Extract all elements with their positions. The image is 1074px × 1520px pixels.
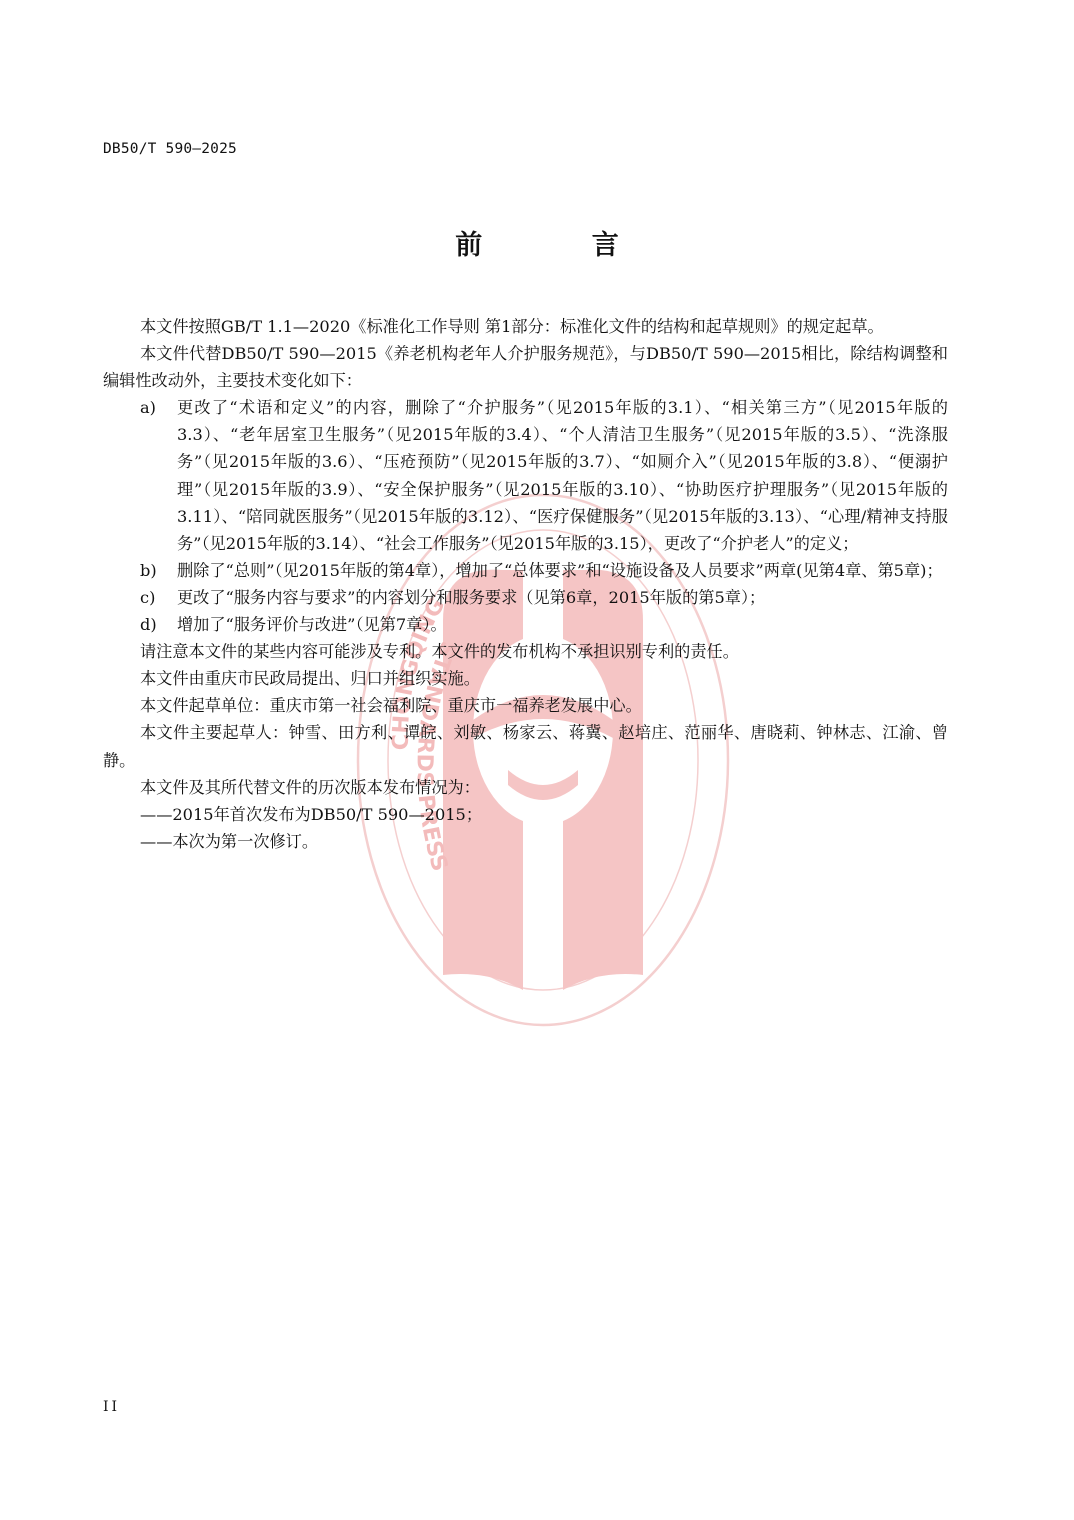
standard-code: DB50/T 590—2025: [103, 141, 237, 157]
drafters: 本文件主要起草人：钟雪、田方利、谭皖、刘敏、杨家云、蒋冀、赵培庄、范丽华、唐晓莉…: [103, 719, 948, 773]
change-item-c: c) 更改了“服务内容与要求”的内容划分和服务要求（见第6章，2015年版的第5…: [103, 584, 948, 611]
list-text: 增加了“服务评价与改进”（见第7章）。: [177, 611, 948, 638]
history-entry: ——2015年首次发布为DB50/T 590—2015；: [103, 801, 948, 828]
page-number: II: [103, 1399, 120, 1415]
list-text: 更改了“服务内容与要求”的内容划分和服务要求（见第6章，2015年版的第5章）；: [177, 584, 948, 611]
list-label: a): [103, 394, 177, 557]
change-item-b: b) 删除了“总则”（见2015年版的第4章），增加了“总体要求”和“设施设备及…: [103, 557, 948, 584]
list-label: b): [103, 557, 177, 584]
proposer-notice: 本文件由重庆市民政局提出、归口并组织实施。: [103, 665, 948, 692]
page-title: 前 言: [0, 223, 1074, 262]
change-item-d: d) 增加了“服务评价与改进”（见第7章）。: [103, 611, 948, 638]
list-text: 删除了“总则”（见2015年版的第4章），增加了“总体要求”和“设施设备及人员要…: [177, 557, 948, 584]
preface-body: 本文件按照GB/T 1.1—2020《标准化工作导则 第1部分：标准化文件的结构…: [103, 313, 948, 855]
history-entry: ——本次为第一次修订。: [103, 828, 948, 855]
drafting-units: 本文件起草单位：重庆市第一社会福利院、重庆市一福养老发展中心。: [103, 692, 948, 719]
replacement-paragraph: 本文件代替DB50/T 590—2015《养老机构老年人介护服务规范》，与DB5…: [103, 340, 948, 394]
patent-notice: 请注意本文件的某些内容可能涉及专利。本文件的发布机构不承担识别专利的责任。: [103, 638, 948, 665]
list-label: d): [103, 611, 177, 638]
list-text: 更改了“术语和定义”的内容，删除了“介护服务”（见2015年版的3.1）、“相关…: [177, 394, 948, 557]
list-label: c): [103, 584, 177, 611]
history-intro: 本文件及其所代替文件的历次版本发布情况为：: [103, 774, 948, 801]
drafting-rule-paragraph: 本文件按照GB/T 1.1—2020《标准化工作导则 第1部分：标准化文件的结构…: [103, 313, 948, 340]
change-item-a: a) 更改了“术语和定义”的内容，删除了“介护服务”（见2015年版的3.1）、…: [103, 394, 948, 557]
